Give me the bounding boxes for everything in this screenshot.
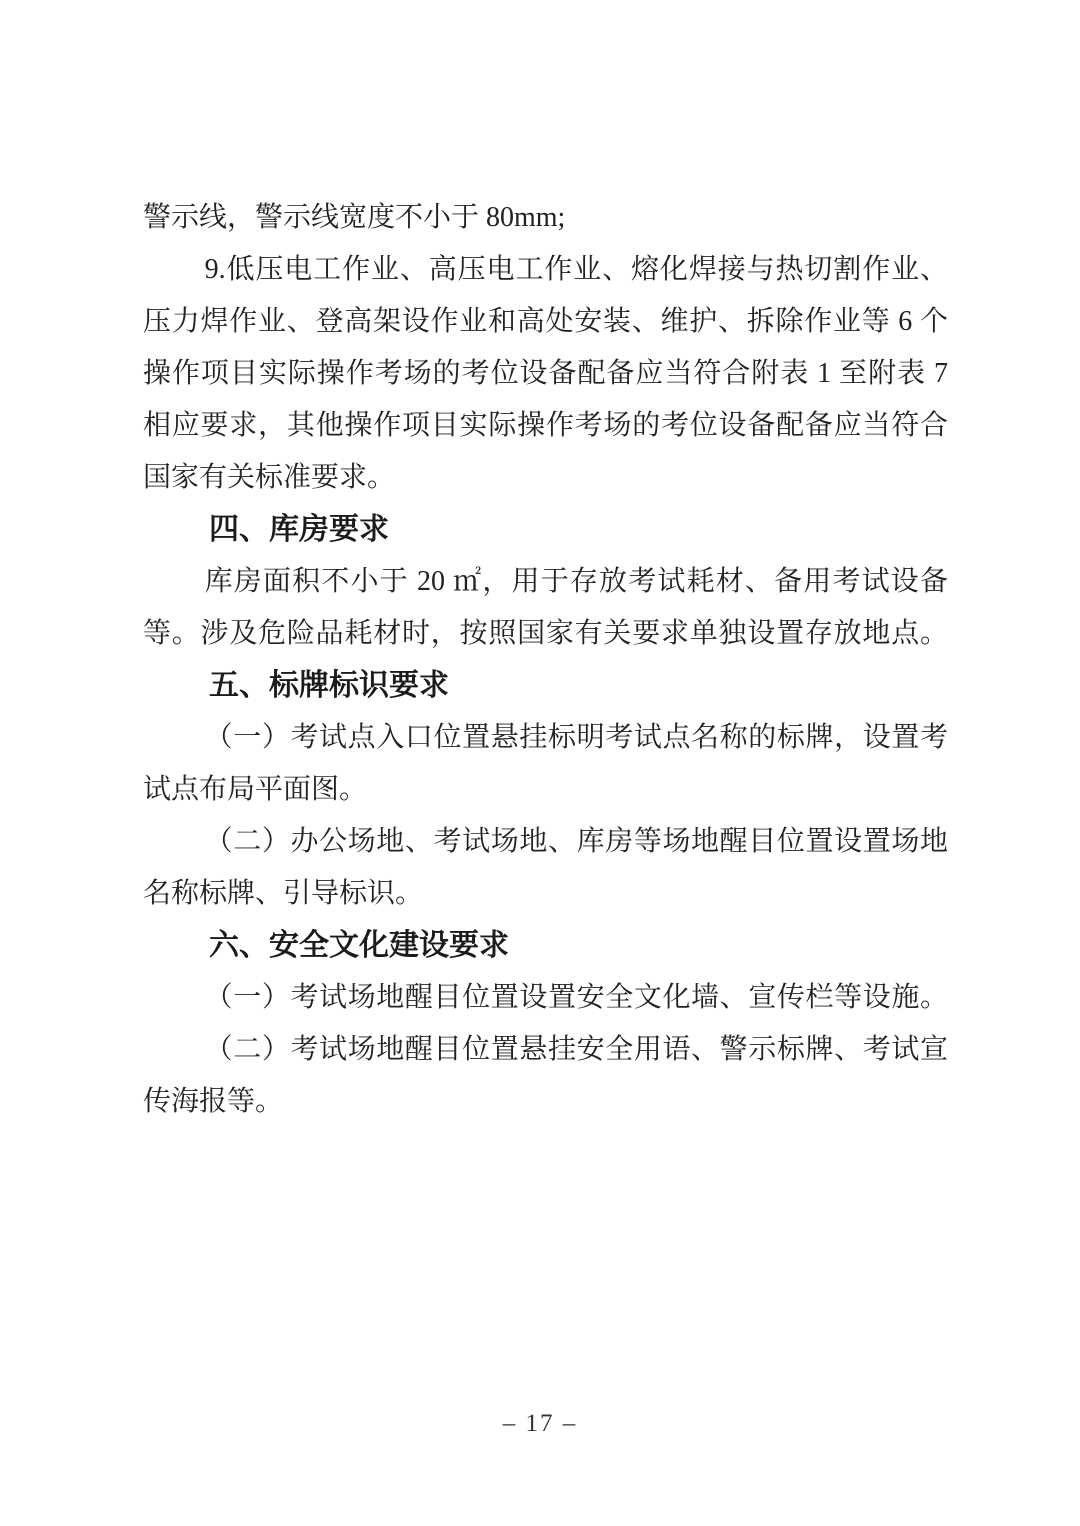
paragraph-line: 传海报等。 [143,1076,948,1128]
paragraph-line: 试点布局平面图。 [143,764,948,816]
paragraph-line: 压力焊作业、登高架设作业和高处安装、维护、拆除作业等 6 个 [143,296,948,348]
paragraph-line: （二）办公场地、考试场地、库房等场地醒目位置设置场地 [143,816,948,868]
section-heading: 五、标牌标识要求 [143,660,948,712]
page-number: – 17 – [503,1410,578,1437]
paragraph-line: （一）考试场地醒目位置设置安全文化墙、宣传栏等设施。 [143,972,948,1024]
paragraph-line: 警示线，警示线宽度不小于 80mm; [143,192,948,244]
paragraph-line: 相应要求，其他操作项目实际操作考场的考位设备配备应当符合 [143,400,948,452]
section-heading: 四、库房要求 [143,504,948,556]
paragraph-line: 名称标牌、引导标识。 [143,868,948,920]
document-page: 警示线，警示线宽度不小于 80mm; 9.低压电工作业、高压电工作业、熔化焊接与… [0,0,1080,1526]
document-body: 警示线，警示线宽度不小于 80mm; 9.低压电工作业、高压电工作业、熔化焊接与… [143,192,948,1128]
paragraph-line: 库房面积不小于 20 ㎡，用于存放考试耗材、备用考试设备 [143,556,948,608]
paragraph-line: 国家有关标准要求。 [143,452,948,504]
paragraph-line: （二）考试场地醒目位置悬挂安全用语、警示标牌、考试宣 [143,1024,948,1076]
paragraph-line: （一）考试点入口位置悬挂标明考试点名称的标牌，设置考 [143,712,948,764]
paragraph-line: 等。涉及危险品耗材时，按照国家有关要求单独设置存放地点。 [143,608,948,660]
paragraph-line: 操作项目实际操作考场的考位设备配备应当符合附表 1 至附表 7 [143,348,948,400]
page-footer: – 17 – [0,1410,1080,1438]
paragraph-line: 9.低压电工作业、高压电工作业、熔化焊接与热切割作业、 [143,244,948,296]
section-heading: 六、安全文化建设要求 [143,920,948,972]
